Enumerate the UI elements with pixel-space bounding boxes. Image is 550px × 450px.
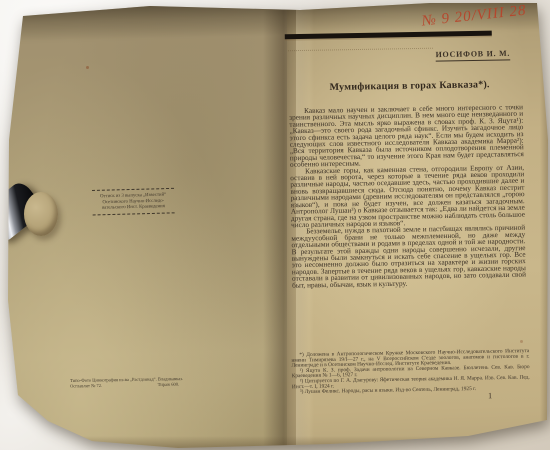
- offprint-stamp: Оттиск из 3 выпуска „Известий“ Осетинско…: [92, 188, 175, 215]
- body-paragraph: Кавказ мало научен и заключает в себе мн…: [289, 104, 524, 168]
- imprint-order-number: Осглавлит № 72.: [70, 383, 102, 389]
- article-body: Кавказ мало научен и заключает в себе мн…: [289, 104, 526, 289]
- booklet-shadow-wrap: Оттиск из 3 выпуска „Известий“ Осетинско…: [0, 0, 550, 450]
- footnotes-block: *) Доложена в Антропологическом Кружке М…: [291, 348, 530, 395]
- body-paragraph: Кавказские горы, как каменная стена, отг…: [290, 164, 525, 228]
- bottom-edge-shadow: [0, 436, 550, 450]
- open-booklet: Оттиск из 3 выпуска „Известий“ Осетинско…: [0, 0, 550, 450]
- author-name: ИОСИФОВ И. М.: [435, 49, 510, 61]
- handwritten-date-note: № 9 20/VIII 28: [421, 2, 527, 30]
- page-number: 1: [488, 392, 492, 401]
- imprint-print-run: Тираж 600.: [158, 382, 179, 388]
- body-paragraph: Безземелье, нужда в пахотной земле и пас…: [291, 225, 526, 289]
- printer-imprint: Типо-Фото Цинкография из-ва „Растдзинад“…: [70, 376, 186, 389]
- photo-background: Оттиск из 3 выпуска „Известий“ Осетинско…: [0, 0, 550, 450]
- article-title: Мумификация в горах Кавказа*).: [305, 78, 515, 93]
- embossed-ghost-line: [288, 48, 433, 52]
- right-page-content: № 9 20/VIII 28 ИОСИФОВ И. М. Мумификация…: [283, 0, 549, 450]
- paper-speck: [86, 66, 89, 69]
- offprint-stamp-line: вательского Инст. Краеведения: [93, 203, 173, 211]
- top-rule: [285, 31, 492, 40]
- metal-clip-object: [0, 184, 62, 254]
- clip-paper-disc: [24, 192, 58, 236]
